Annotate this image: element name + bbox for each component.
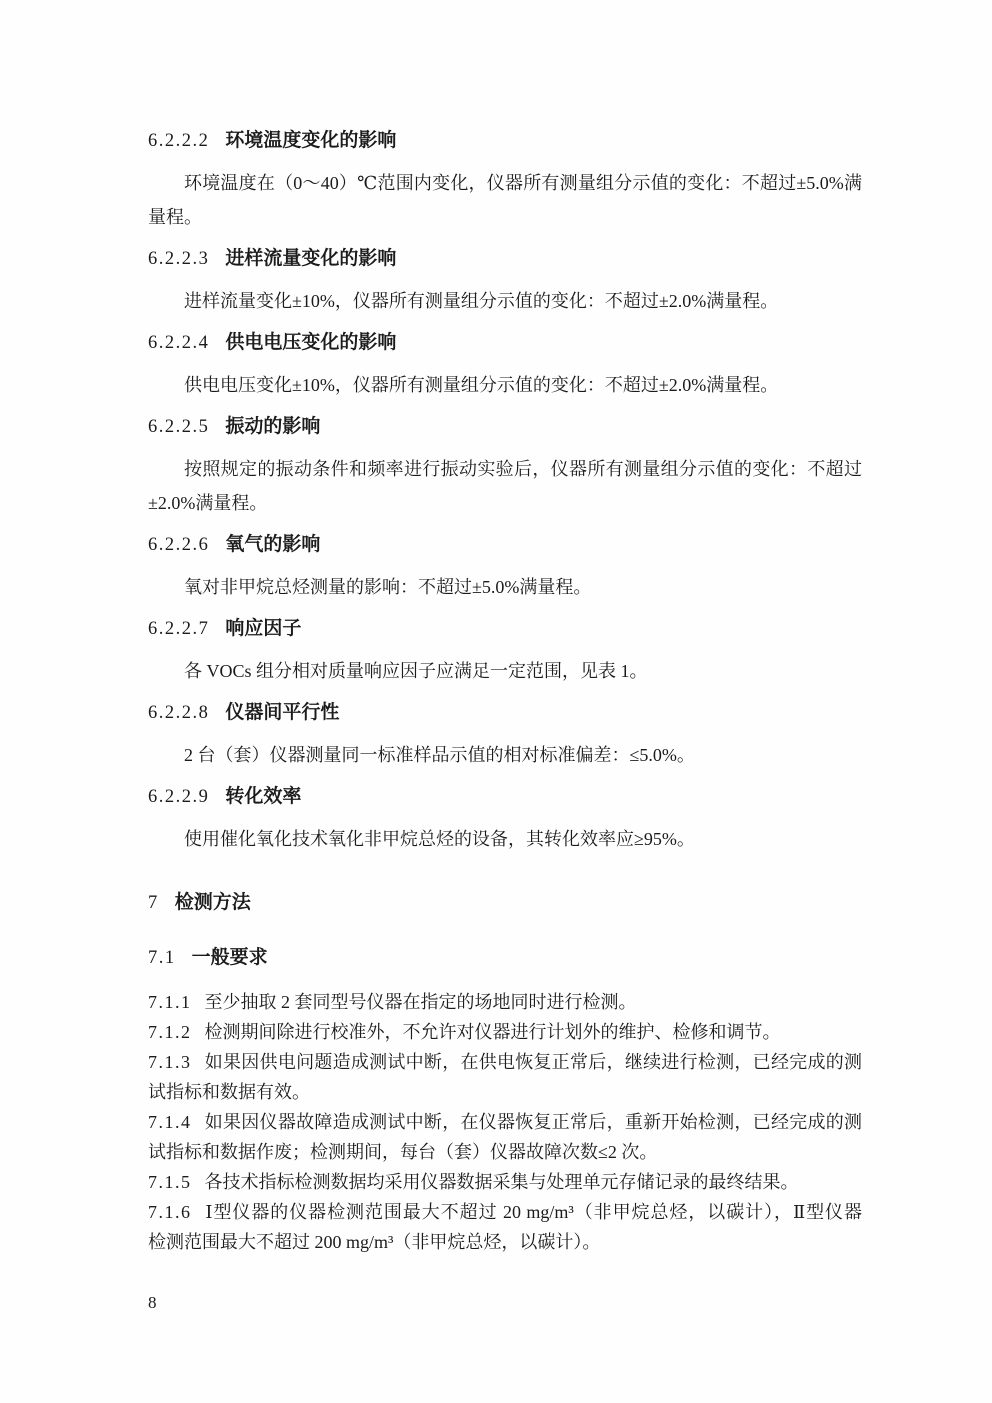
clause-item: 7.1.3如果因供电问题造成测试中断，在供电恢复正常后，继续进行检测，已经完成的… [148,1047,862,1107]
section-number: 6.2.2.7 [148,619,209,639]
text-line: 按照规定的振动条件和频率进行振动实验后，仪器所有测量组分示值的变化：不超过 [148,452,862,486]
clause-text: 至少抽取 2 套同型号仪器在指定的场地同时进行检测。 [205,992,637,1012]
paragraph: 环境温度在（0～40）℃范围内变化，仪器所有测量组分示值的变化：不超过±5.0%… [148,166,862,234]
text-line: 7.1.1至少抽取 2 套同型号仪器在指定的场地同时进行检测。 [148,987,862,1017]
section-title: 振动的影响 [225,416,320,437]
section-title: 氧气的影响 [225,534,320,555]
section-heading: 7.1一般要求 [148,941,862,975]
text-line: 试指标和数据作废；检测期间，每台（套）仪器故障次数≤2 次。 [148,1137,862,1167]
section-number: 6.2.2.9 [148,787,209,807]
text-line: 使用催化氧化技术氧化非甲烷总烃的设备，其转化效率应≥95%。 [148,822,862,856]
section-title: 仪器间平行性 [225,702,339,723]
text-line: 7.1.2检测期间除进行校准外，不允许对仪器进行计划外的维护、检修和调节。 [148,1017,862,1047]
section-heading: 6.2.2.6氧气的影响 [148,528,862,562]
paragraph: 按照规定的振动条件和频率进行振动实验后，仪器所有测量组分示值的变化：不超过±2.… [148,452,862,520]
text-line: ±2.0%满量程。 [148,486,862,520]
text-line: 7.1.5各技术指标检测数据均采用仪器数据采集与处理单元存储记录的最终结果。 [148,1167,862,1197]
text-line: 环境温度在（0～40）℃范围内变化，仪器所有测量组分示值的变化：不超过±5.0%… [148,166,862,200]
clause-number: 7.1.5 [148,1172,192,1192]
section-heading: 6.2.2.8仪器间平行性 [148,696,862,730]
section-number: 6.2.2.2 [148,131,209,151]
text-line: 量程。 [148,200,862,234]
clause-text: 如果因仪器故障造成测试中断，在仪器恢复正常后，重新开始检测，已经完成的测 [205,1112,863,1132]
text-line: 各 VOCs 组分相对质量响应因子应满足一定范围，见表 1。 [148,654,862,688]
paragraph: 进样流量变化±10%，仪器所有测量组分示值的变化：不超过±2.0%满量程。 [148,284,862,318]
text-line: 7.1.4如果因仪器故障造成测试中断，在仪器恢复正常后，重新开始检测，已经完成的… [148,1107,862,1137]
paragraph: 氧对非甲烷总烃测量的影响：不超过±5.0%满量程。 [148,570,862,604]
clause-number: 7.1.1 [148,992,192,1012]
clause-number: 7.1.4 [148,1112,192,1132]
section-number: 6.2.2.5 [148,417,209,437]
section-title: 检测方法 [175,892,251,913]
clause-text: Ⅰ型仪器的仪器检测范围最大不超过 20 mg/m³（非甲烷总烃，以碳计），Ⅱ型仪… [205,1202,863,1222]
clause-number: 7.1.6 [148,1202,192,1222]
text-line: 7.1.6Ⅰ型仪器的仪器检测范围最大不超过 20 mg/m³（非甲烷总烃，以碳计… [148,1197,862,1227]
text-line: 7.1.3如果因供电问题造成测试中断，在供电恢复正常后，继续进行检测，已经完成的… [148,1047,862,1077]
document-page: 6.2.2.2环境温度变化的影响环境温度在（0～40）℃范围内变化，仪器所有测量… [0,0,992,1403]
section-heading: 6.2.2.3进样流量变化的影响 [148,242,862,276]
section-number: 7 [148,893,159,913]
clause-text: 各技术指标检测数据均采用仪器数据采集与处理单元存储记录的最终结果。 [205,1172,799,1192]
text-line: 检测范围最大不超过 200 mg/m³（非甲烷总烃，以碳计）。 [148,1227,862,1257]
paragraph: 2 台（套）仪器测量同一标准样品示值的相对标准偏差：≤5.0%。 [148,738,862,772]
section-title: 转化效率 [225,786,301,807]
document-content: 6.2.2.2环境温度变化的影响环境温度在（0～40）℃范围内变化，仪器所有测量… [148,0,862,1313]
section-heading: 6.2.2.4供电电压变化的影响 [148,326,862,360]
text-line: 进样流量变化±10%，仪器所有测量组分示值的变化：不超过±2.0%满量程。 [148,284,862,318]
section-title: 一般要求 [192,947,268,968]
text-line: 2 台（套）仪器测量同一标准样品示值的相对标准偏差：≤5.0%。 [148,738,862,772]
section-heading: 6.2.2.5振动的影响 [148,410,862,444]
section-title: 环境温度变化的影响 [225,130,396,151]
clause-item: 7.1.2检测期间除进行校准外，不允许对仪器进行计划外的维护、检修和调节。 [148,1017,862,1047]
section-number: 7.1 [148,948,176,968]
section-heading: 6.2.2.2环境温度变化的影响 [148,124,862,158]
section-number: 6.2.2.4 [148,333,209,353]
section-title: 响应因子 [225,618,301,639]
page-number: 8 [148,1293,862,1313]
section-heading: 6.2.2.7响应因子 [148,612,862,646]
clause-text: 如果因供电问题造成测试中断，在供电恢复正常后，继续进行检测，已经完成的测 [205,1052,863,1072]
text-line: 供电电压变化±10%，仪器所有测量组分示值的变化：不超过±2.0%满量程。 [148,368,862,402]
section-number: 6.2.2.3 [148,249,209,269]
section-title: 供电电压变化的影响 [225,332,396,353]
text-line: 氧对非甲烷总烃测量的影响：不超过±5.0%满量程。 [148,570,862,604]
section-title: 进样流量变化的影响 [225,248,396,269]
section-number: 6.2.2.8 [148,703,209,723]
paragraph: 供电电压变化±10%，仪器所有测量组分示值的变化：不超过±2.0%满量程。 [148,368,862,402]
paragraph: 使用催化氧化技术氧化非甲烷总烃的设备，其转化效率应≥95%。 [148,822,862,856]
clause-number: 7.1.3 [148,1052,192,1072]
clause-item: 7.1.1至少抽取 2 套同型号仪器在指定的场地同时进行检测。 [148,987,862,1017]
section-heading: 7检测方法 [148,886,862,920]
paragraph: 各 VOCs 组分相对质量响应因子应满足一定范围，见表 1。 [148,654,862,688]
section-heading: 6.2.2.9转化效率 [148,780,862,814]
clause-number: 7.1.2 [148,1022,192,1042]
clause-item: 7.1.5各技术指标检测数据均采用仪器数据采集与处理单元存储记录的最终结果。 [148,1167,862,1197]
text-line: 试指标和数据有效。 [148,1077,862,1107]
clause-item: 7.1.4如果因仪器故障造成测试中断，在仪器恢复正常后，重新开始检测，已经完成的… [148,1107,862,1167]
section-number: 6.2.2.6 [148,535,209,555]
clause-text: 检测期间除进行校准外，不允许对仪器进行计划外的维护、检修和调节。 [205,1022,781,1042]
clause-item: 7.1.6Ⅰ型仪器的仪器检测范围最大不超过 20 mg/m³（非甲烷总烃，以碳计… [148,1197,862,1257]
